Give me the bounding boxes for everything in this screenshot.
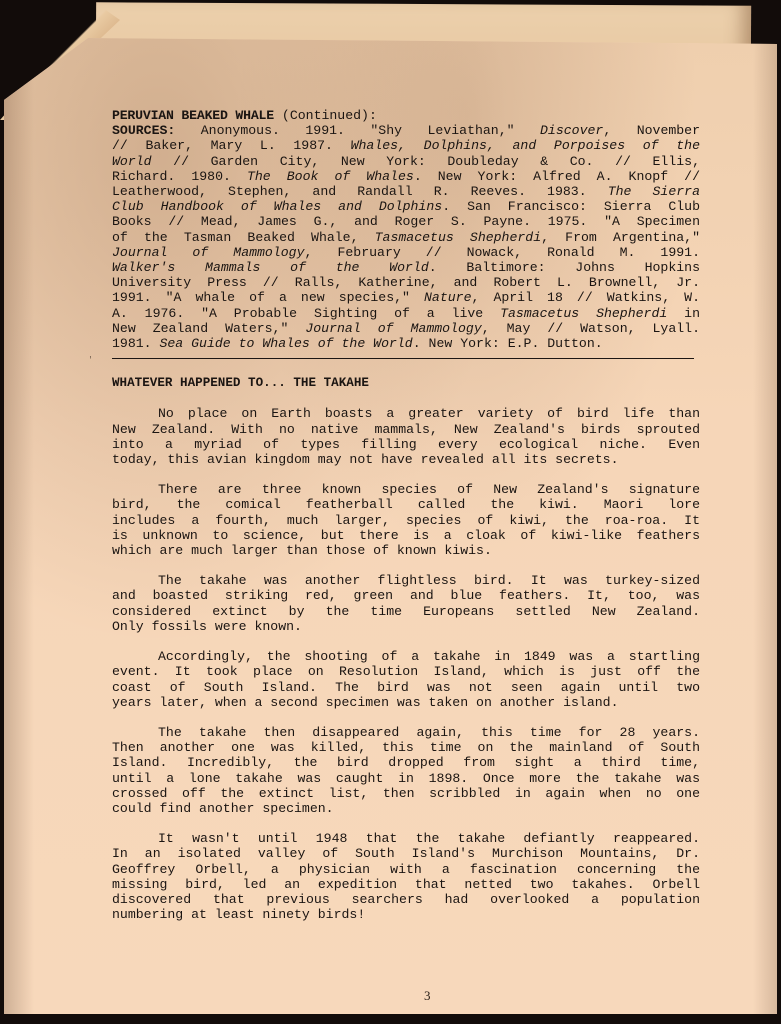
source-title: Club Handbook of Whales and Dolphins <box>112 199 442 214</box>
paragraph-line: numbering at least ninety birds! <box>112 907 700 922</box>
paragraph-line: Island. Incredibly, the bird dropped fro… <box>112 755 700 770</box>
paragraph-line: discovered that previous searchers had o… <box>112 892 700 907</box>
source-text: New Zealand Waters," <box>112 321 305 336</box>
source-line: Books // Mead, James G., and Roger S. Pa… <box>112 214 700 229</box>
paragraph-line: until a lone takahe was caught in 1898. … <box>112 771 700 786</box>
paragraph-line: bird, the comical featherball called the… <box>112 497 700 512</box>
source-text: . New York: Alfred A. Knopf // <box>414 169 700 184</box>
paragraph-line: New Zealand. With no native mammals, New… <box>112 422 700 437</box>
source-line: 1991. "A whale of a new species," Nature… <box>112 290 700 305</box>
paragraph: There are three known species of New Zea… <box>112 482 700 558</box>
source-line: of the Tasman Beaked Whale, Tasmacetus S… <box>112 230 700 245</box>
source-line: // Baker, Mary L. 1987. Whales, Dolphins… <box>112 138 700 153</box>
source-title: Whales, Dolphins, and Porpoises of the <box>351 138 700 153</box>
paragraph: Accordingly, the shooting of a takahe in… <box>112 649 700 710</box>
paragraph-line: coast of South Island. The bird was not … <box>112 680 700 695</box>
paragraph-line: There are three known species of New Zea… <box>112 482 700 497</box>
source-line: Club Handbook of Whales and Dolphins. Sa… <box>112 199 700 214</box>
sources-label: SOURCES: <box>112 123 175 138</box>
source-text: , April 18 // Watkins, W. <box>471 290 700 305</box>
paragraph-line: years later, when a second specimen was … <box>112 695 700 710</box>
source-title: The Book of Whales <box>247 169 414 184</box>
source-title: Journal of Mammology <box>305 321 481 336</box>
paragraph-line: into a myriad of types filling every eco… <box>112 437 700 452</box>
source-line: SOURCES: Anonymous. 1991. "Shy Leviathan… <box>112 123 700 138</box>
source-text: Richard. 1980. <box>112 169 247 184</box>
document-content: PERUVIAN BEAKED WHALE (Continued): SOURC… <box>112 108 700 922</box>
paragraph: It wasn't until 1948 that the takahe def… <box>112 831 700 922</box>
paragraph-line: which are much larger than those of know… <box>112 543 700 558</box>
paragraph-line: The takahe was another flightless bird. … <box>112 573 700 588</box>
paragraph-line: No place on Earth boasts a greater varie… <box>112 406 700 421</box>
sources-list: SOURCES: Anonymous. 1991. "Shy Leviathan… <box>112 123 700 351</box>
source-title: Tasmacetus Shepherdi <box>375 230 542 245</box>
source-text: 1981. <box>112 336 159 351</box>
source-line: Richard. 1980. The Book of Whales. New Y… <box>112 169 700 184</box>
source-text: in <box>667 306 700 321</box>
margin-mark: ' <box>88 356 93 365</box>
source-text: A. 1976. "A Probable Sighting of a live <box>112 306 500 321</box>
source-title: Nature <box>424 290 471 305</box>
paragraph-line: Then another one was killed, this time o… <box>112 740 700 755</box>
source-line: Journal of Mammology, February // Nowack… <box>112 245 700 260</box>
paragraph-line: missing bird, led an expedition that net… <box>112 877 700 892</box>
source-line: World // Garden City, New York: Doubleda… <box>112 154 700 169</box>
source-text: Leatherwood, Stephen, and Randall R. Ree… <box>112 184 608 199</box>
source-line: Walker's Mammals of the World. Baltimore… <box>112 260 700 275</box>
source-line: 1981. Sea Guide to Whales of the World. … <box>112 336 700 351</box>
source-text: , From Argentina," <box>541 230 700 245</box>
paragraph-line: today, this avian kingdom may not have r… <box>112 452 700 467</box>
source-title: Journal of Mammology <box>112 245 305 260</box>
paragraph-line: and boasted striking red, green and blue… <box>112 588 700 603</box>
paragraph-line: could find another specimen. <box>112 801 700 816</box>
section-divider <box>112 358 694 359</box>
continued-heading: PERUVIAN BEAKED WHALE (Continued): <box>112 108 700 123</box>
source-text: , May // Watson, Lyall. <box>482 321 700 336</box>
continued-heading-title: PERUVIAN BEAKED WHALE <box>112 108 274 123</box>
source-title: Tasmacetus Shepherdi <box>500 306 667 321</box>
source-line: Leatherwood, Stephen, and Randall R. Ree… <box>112 184 700 199</box>
source-line: University Press // Ralls, Katherine, an… <box>112 275 700 290</box>
source-title: Walker's Mammals of the World <box>112 260 429 275</box>
source-text: . San Francisco: Sierra Club <box>442 199 700 214</box>
source-text: of the Tasman Beaked Whale, <box>112 230 375 245</box>
paragraph: The takahe then disappeared again, this … <box>112 725 700 816</box>
source-line: A. 1976. "A Probable Sighting of a live … <box>112 306 700 321</box>
source-text: // Baker, Mary L. 1987. <box>112 138 351 153</box>
source-text: , February // Nowack, Ronald M. 1991. <box>305 245 701 260</box>
source-text: University Press // Ralls, Katherine, an… <box>112 275 700 290</box>
paragraph-line: The takahe then disappeared again, this … <box>112 725 700 740</box>
paragraph-line: is unknown to science, but there is a cl… <box>112 528 700 543</box>
paragraph: No place on Earth boasts a greater varie… <box>112 406 700 467</box>
source-title: Discover <box>540 123 603 138</box>
page-number: 3 <box>424 988 431 1004</box>
continued-heading-suffix: (Continued): <box>274 108 377 123</box>
paragraph-line: considered extinct by the time Europeans… <box>112 604 700 619</box>
paragraph-line: event. It took place on Resolution Islan… <box>112 664 700 679</box>
source-line: New Zealand Waters," Journal of Mammolog… <box>112 321 700 336</box>
paragraph-line: Accordingly, the shooting of a takahe in… <box>112 649 700 664</box>
paragraph-line: In an isolated valley of South Island's … <box>112 846 700 861</box>
paragraph-line: crossed off the extinct list, then scrib… <box>112 786 700 801</box>
paragraph-line: includes a fourth, much larger, species … <box>112 513 700 528</box>
paragraph-line: Only fossils were known. <box>112 619 700 634</box>
source-title: Sea Guide to Whales of the World <box>159 336 412 351</box>
source-text: , November <box>603 123 700 138</box>
source-title: The Sierra <box>608 184 700 199</box>
source-text: Books // Mead, James G., and Roger S. Pa… <box>112 214 700 229</box>
paragraph-line: Geoffrey Orbell, a physician with a fasc… <box>112 862 700 877</box>
source-text: 1991. "A whale of a new species," <box>112 290 424 305</box>
article-body: No place on Earth boasts a greater varie… <box>112 406 700 922</box>
section-title: WHATEVER HAPPENED TO... THE TAKAHE <box>112 376 700 391</box>
source-text: . Baltimore: Johns Hopkins <box>429 260 700 275</box>
source-text: Anonymous. 1991. "Shy Leviathan," <box>175 123 540 138</box>
paragraph: The takahe was another flightless bird. … <box>112 573 700 634</box>
source-title: World <box>112 154 152 169</box>
source-text: // Garden City, New York: Doubleday & Co… <box>152 154 700 169</box>
paragraph-line: It wasn't until 1948 that the takahe def… <box>112 831 700 846</box>
sources-block: PERUVIAN BEAKED WHALE (Continued): SOURC… <box>112 108 700 351</box>
source-text: . New York: E.P. Dutton. <box>413 336 603 351</box>
